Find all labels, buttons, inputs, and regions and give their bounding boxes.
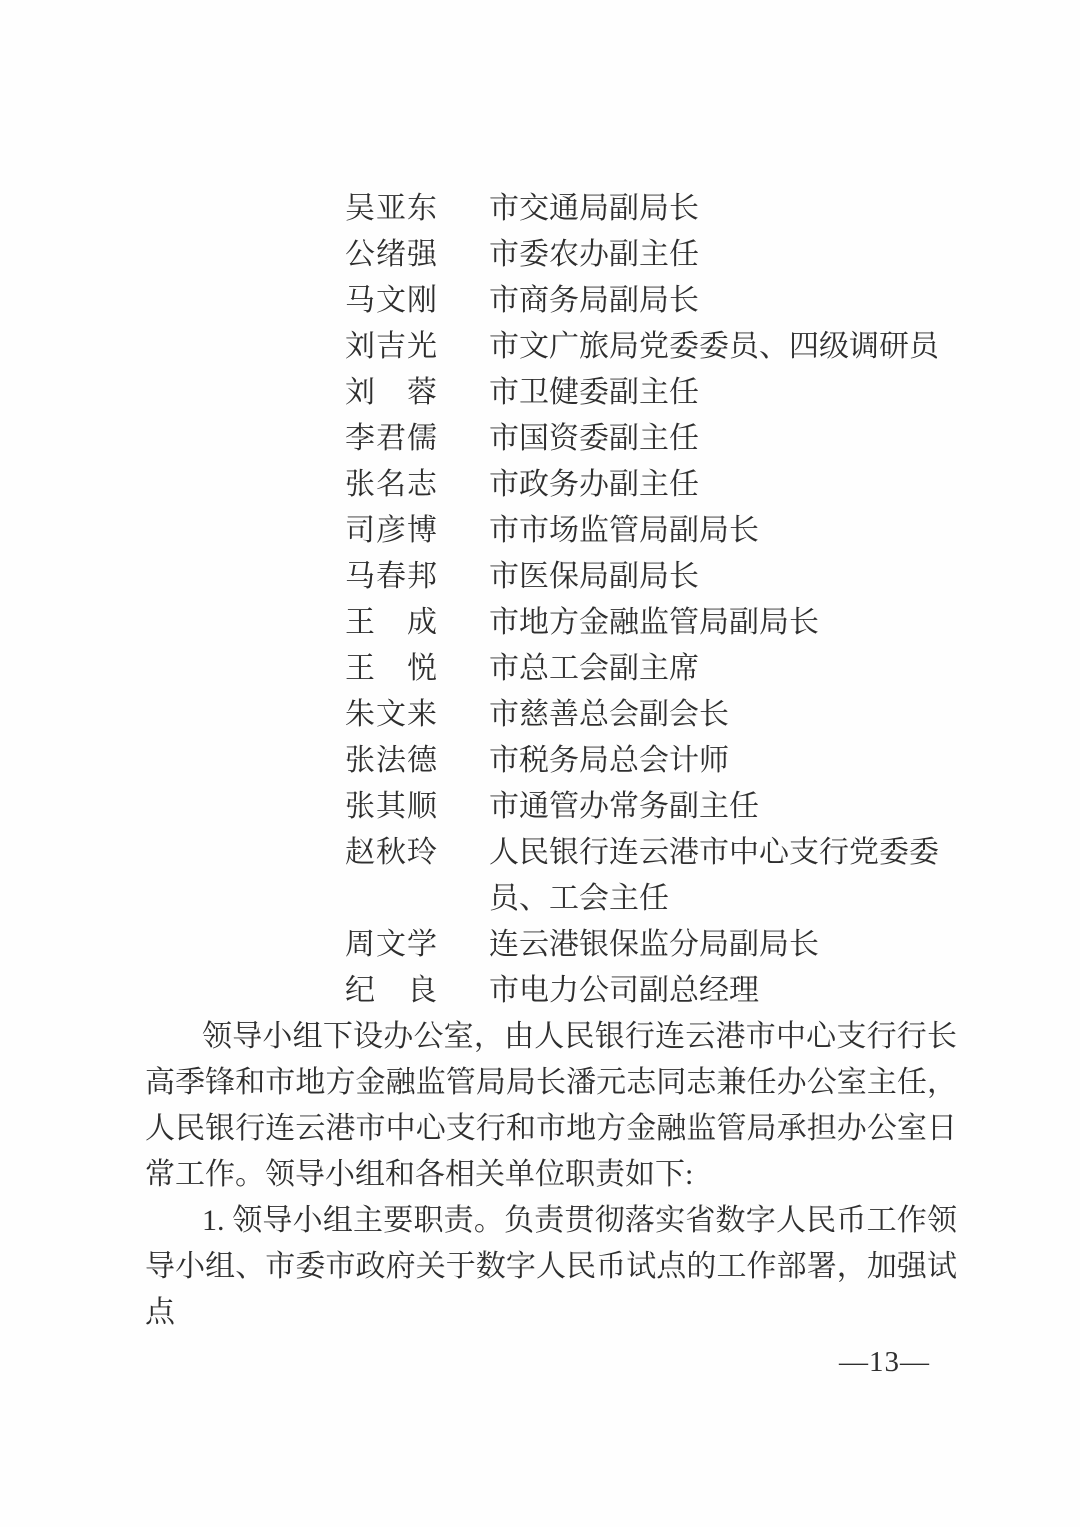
member-title: 市政务办副主任 [489, 462, 957, 508]
member-row: 朱文来 市慈善总会副会长 [145, 692, 957, 738]
member-title: 市地方金融监管局副局长 [489, 600, 957, 646]
member-row: 司彦博 市市场监管局副局长 [145, 508, 957, 554]
leadership-member-list: 吴亚东 市交通局副局长 公绪强 市委农办副主任 马文刚 市商务局副局长 刘吉光 … [145, 186, 957, 1014]
member-row: 李君儒 市国资委副主任 [145, 416, 957, 462]
member-name: 赵秋玲 [345, 830, 445, 876]
member-name: 朱文来 [345, 692, 445, 738]
member-name: 马文刚 [345, 278, 445, 324]
member-row: 王 悦 市总工会副主席 [145, 646, 957, 692]
member-title: 市国资委副主任 [489, 416, 957, 462]
member-title: 市通管办常务副主任 [489, 784, 957, 830]
member-row: 吴亚东 市交通局副局长 [145, 186, 957, 232]
document-page: 吴亚东 市交通局副局长 公绪强 市委农办副主任 马文刚 市商务局副局长 刘吉光 … [0, 0, 1080, 1527]
member-title: 市文广旅局党委委员、四级调研员 [489, 324, 957, 370]
member-title: 市税务局总会计师 [489, 738, 957, 784]
member-row: 张其顺 市通管办常务副主任 [145, 784, 957, 830]
member-title: 市总工会副主席 [489, 646, 957, 692]
member-name: 张名志 [345, 462, 445, 508]
member-row: 刘 蓉 市卫健委副主任 [145, 370, 957, 416]
member-row: 马文刚 市商务局副局长 [145, 278, 957, 324]
member-title: 市商务局副局长 [489, 278, 957, 324]
member-row: 张法德 市税务局总会计师 [145, 738, 957, 784]
member-name: 纪 良 [345, 968, 445, 1014]
member-name: 王 悦 [345, 646, 445, 692]
member-name: 王 成 [345, 600, 445, 646]
member-row: 王 成 市地方金融监管局副局长 [145, 600, 957, 646]
member-row: 张名志 市政务办副主任 [145, 462, 957, 508]
member-name: 马春邦 [345, 554, 445, 600]
member-row: 赵秋玲 人民银行连云港市中心支行党委委员、工会主任 [145, 830, 957, 922]
member-title: 连云港银保监分局副局长 [489, 922, 957, 968]
member-title: 市委农办副主任 [489, 232, 957, 278]
member-name: 公绪强 [345, 232, 445, 278]
member-row: 纪 良 市电力公司副总经理 [145, 968, 957, 1014]
member-title: 市交通局副局长 [489, 186, 957, 232]
paragraph-office-setup: 领导小组下设办公室，由人民银行连云港市中心支行行长高季锋和市地方金融监管局局长潘… [145, 1014, 957, 1198]
member-title: 市市场监管局副局长 [489, 508, 957, 554]
member-name: 司彦博 [345, 508, 445, 554]
member-name: 周文学 [345, 922, 445, 968]
member-name: 吴亚东 [345, 186, 445, 232]
member-row: 马春邦 市医保局副局长 [145, 554, 957, 600]
member-title: 市卫健委副主任 [489, 370, 957, 416]
member-title: 市慈善总会副会长 [489, 692, 957, 738]
member-name: 张法德 [345, 738, 445, 784]
member-row: 周文学 连云港银保监分局副局长 [145, 922, 957, 968]
member-row: 刘吉光 市文广旅局党委委员、四级调研员 [145, 324, 957, 370]
member-title: 人民银行连云港市中心支行党委委员、工会主任 [489, 830, 957, 922]
page-number: —13— [839, 1342, 930, 1382]
member-name: 李君儒 [345, 416, 445, 462]
document-content: 吴亚东 市交通局副局长 公绪强 市委农办副主任 马文刚 市商务局副局长 刘吉光 … [145, 186, 957, 1336]
member-name: 刘吉光 [345, 324, 445, 370]
member-title: 市医保局副局长 [489, 554, 957, 600]
member-title: 市电力公司副总经理 [489, 968, 957, 1014]
member-name: 刘 蓉 [345, 370, 445, 416]
member-name: 张其顺 [345, 784, 445, 830]
paragraph-leading-group-duties: 1. 领导小组主要职责。负责贯彻落实省数字人民币工作领导小组、市委市政府关于数字… [145, 1198, 957, 1336]
member-row: 公绪强 市委农办副主任 [145, 232, 957, 278]
